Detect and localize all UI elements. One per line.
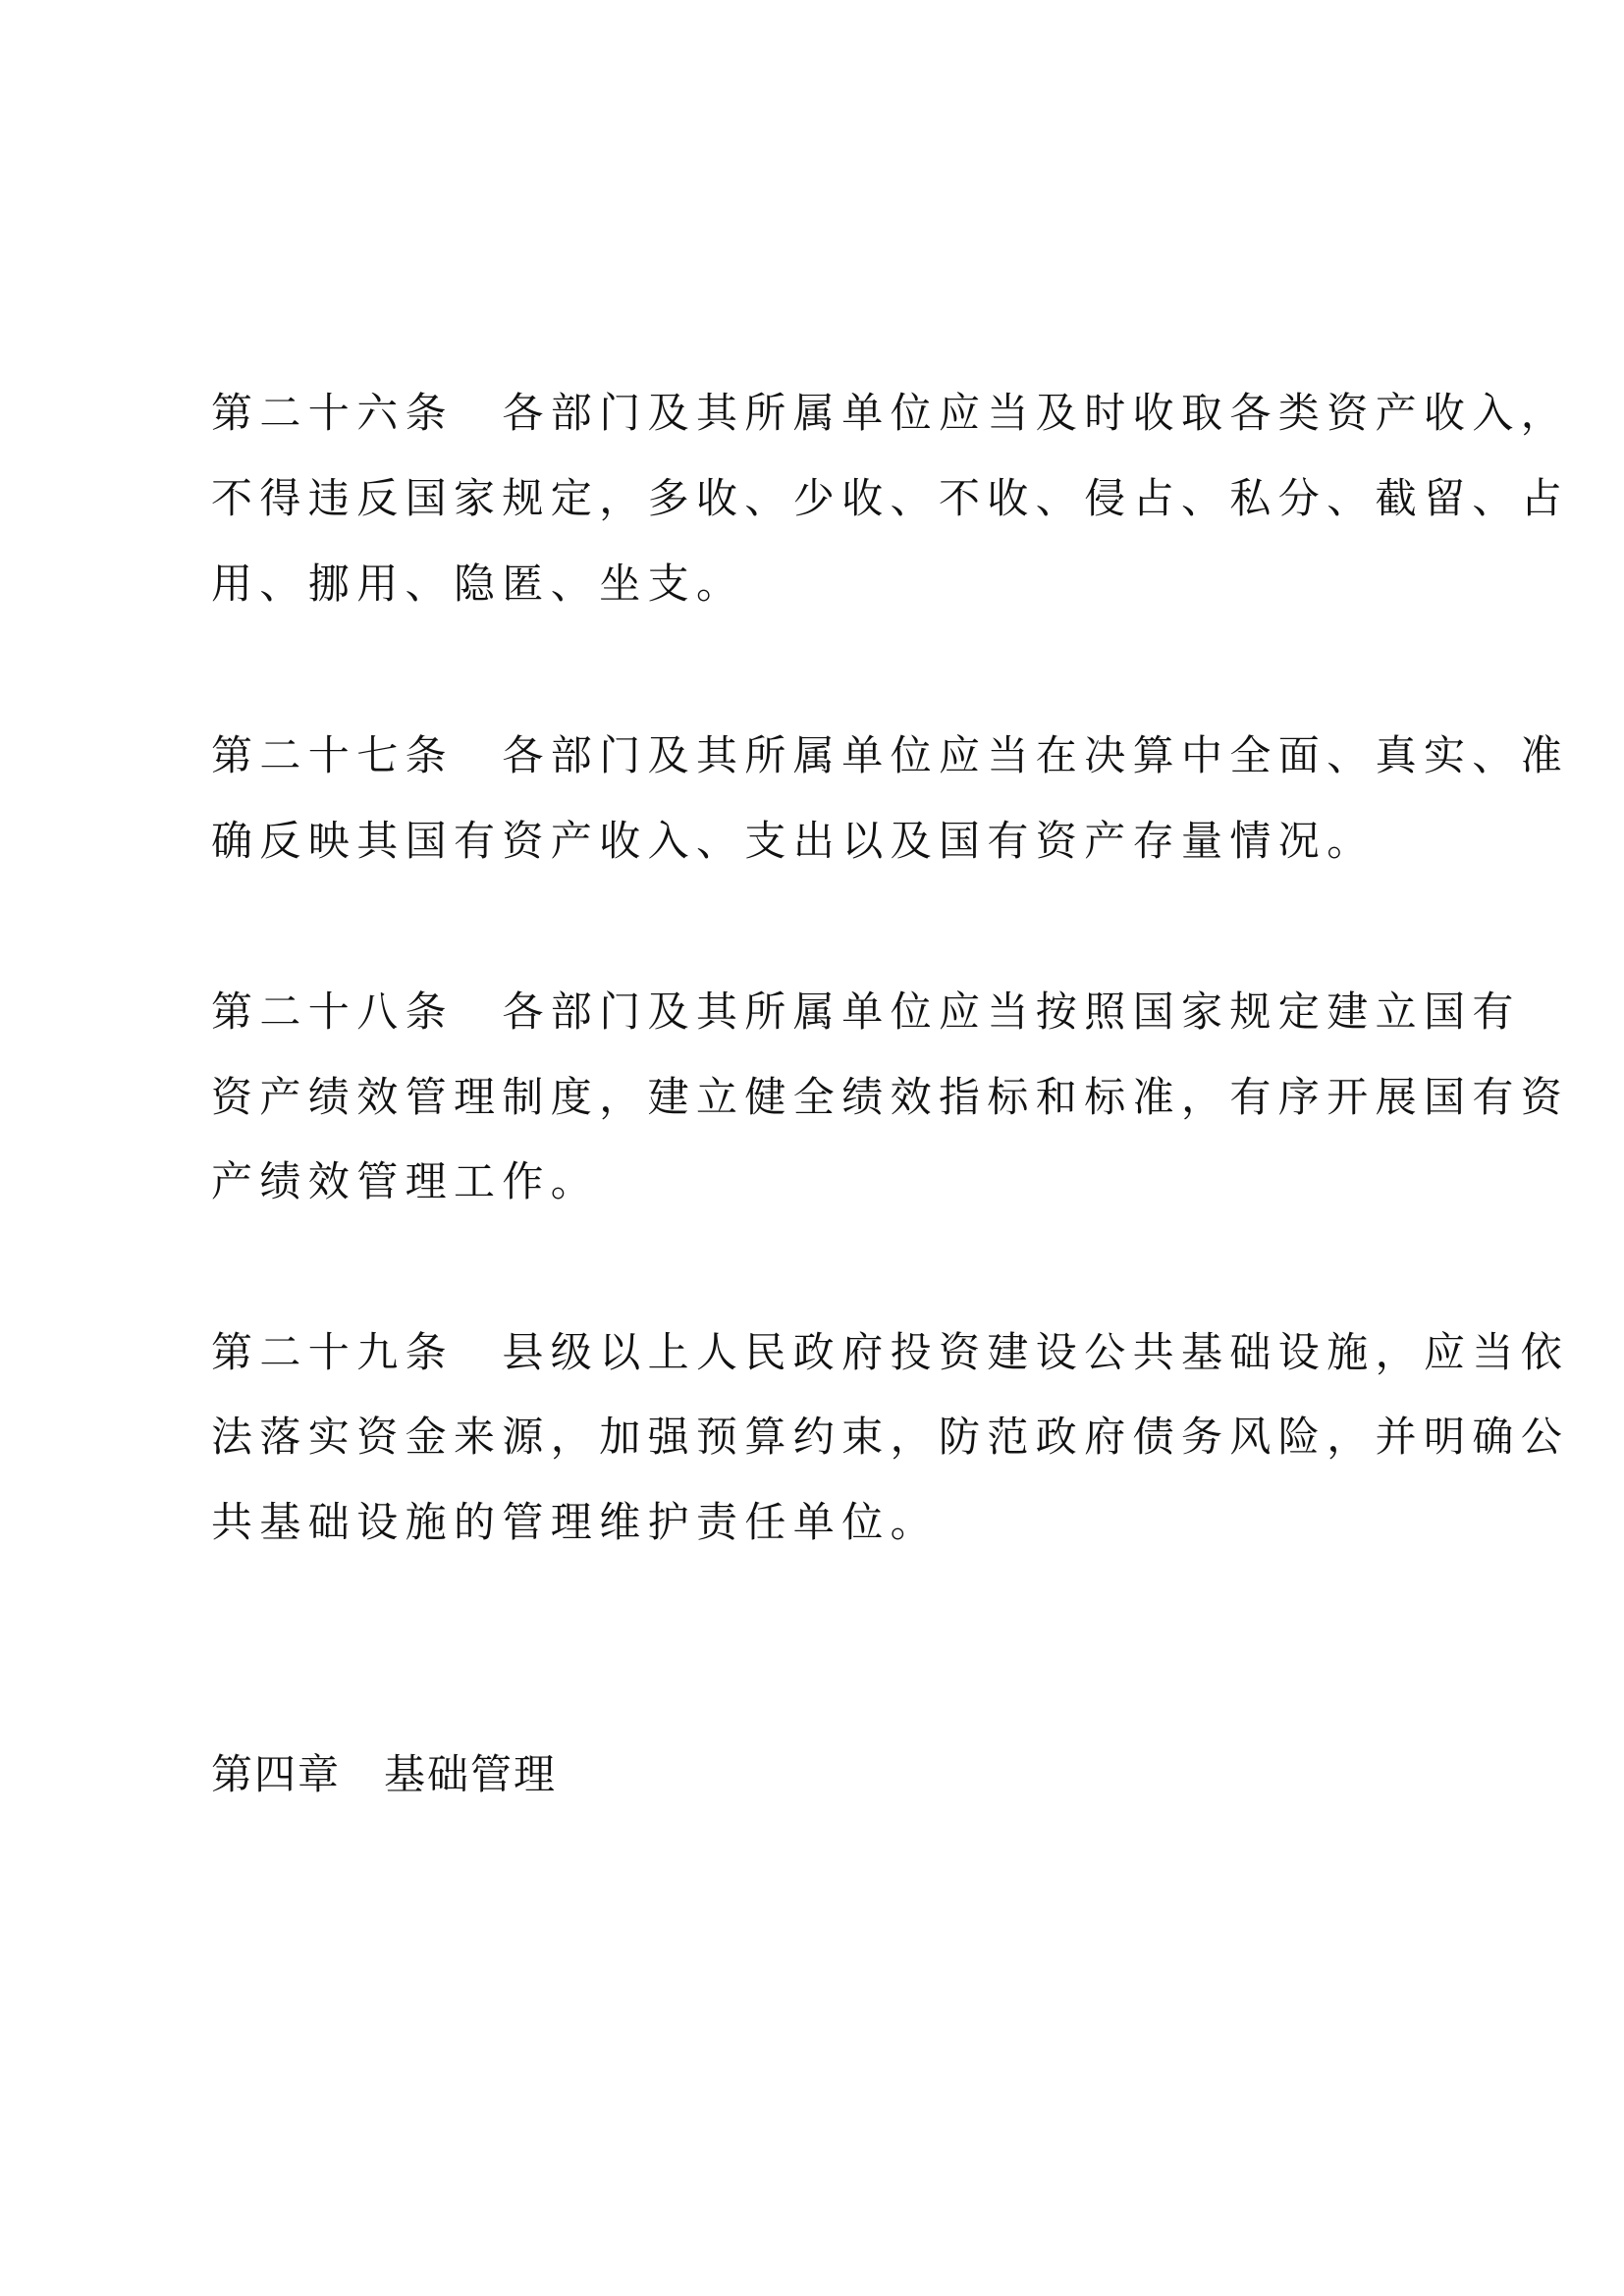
article-26-line-2: 不得违反国家规定，多收、少收、不收、侵占、私分、截留、占 (211, 469, 1569, 528)
chapter-heading: 第四章 基础管理 (211, 1745, 557, 1804)
article-27-line-2: 确反映其国有资产收入、支出以及国有资产存量情况。 (211, 812, 1376, 871)
article-26-line-1: 第二十六条 各部门及其所属单位应当及时收取各类资产收入， (211, 384, 1569, 443)
article-29-line-3: 共基础设施的管理维护责任单位。 (211, 1493, 939, 1552)
article-28-line-3: 产绩效管理工作。 (211, 1152, 599, 1211)
article-28-line-2: 资产绩效管理制度，建立健全绩效指标和标准，有序开展国有资 (211, 1068, 1569, 1127)
article-26-line-3: 用、挪用、隐匿、坐支。 (211, 555, 744, 614)
article-28-line-1: 第二十八条 各部门及其所属单位应当按照国家规定建立国有 (211, 983, 1521, 1041)
article-29-line-1: 第二十九条 县级以上人民政府投资建设公共基础设施，应当依 (211, 1323, 1569, 1382)
document-page: 第二十六条 各部门及其所属单位应当及时收取各类资产收入， 不得违反国家规定，多收… (0, 0, 1624, 2296)
article-27-line-1: 第二十七条 各部门及其所属单位应当在决算中全面、真实、准 (211, 726, 1569, 785)
article-29-line-2: 法落实资金来源，加强预算约束，防范政府债务风险，并明确公 (211, 1408, 1569, 1467)
